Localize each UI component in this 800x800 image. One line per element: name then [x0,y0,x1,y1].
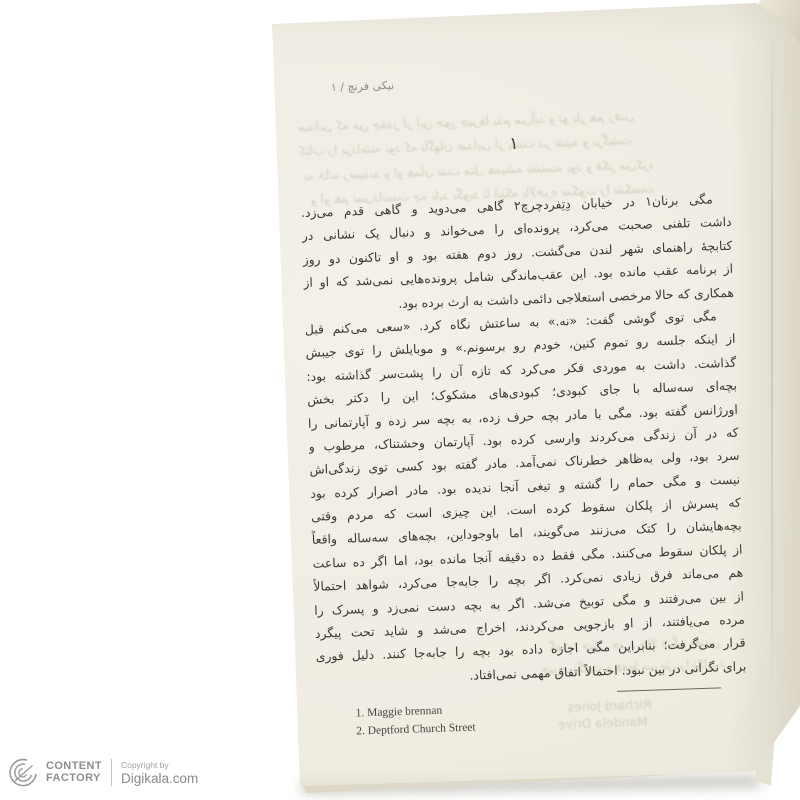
brand-line-2: FACTORY [46,773,102,785]
footnotes: 1. Maggie brennan2. Deptford Church Stre… [355,702,476,741]
footnote-item: 2. Deptford Church Street [356,719,476,740]
brand-line-1: CONTENT [46,761,102,773]
copyright-block: Copyright by Digikala.com [121,760,198,786]
running-head: نیکی فرنچ / ۱ [331,79,395,94]
product-photo: نیکی فرنچ / ۱ ۱ میدانی که من چقدر از این… [0,0,800,800]
content-factory-logo-icon [8,757,39,788]
copyright-label: Copyright by [121,760,198,770]
ghost-text-layer: میدانی که من چقدر از این جور چیزها بدم م… [296,51,726,65]
digikala-site: Digikala.com [121,771,198,786]
brand-name: CONTENT FACTORY [46,761,102,784]
watermark-divider [111,759,112,786]
watermark: CONTENT FACTORY Copyright by Digikala.co… [8,757,198,788]
body-text: مگی برنان۱ در خیابان دِتِفردچرچ۲ گاهی می… [301,187,747,692]
page-content: نیکی فرنچ / ۱ ۱ میدانی که من چقدر از این… [296,51,749,777]
footnote-divider [617,687,721,691]
book-page: نیکی فرنچ / ۱ ۱ میدانی که من چقدر از این… [0,0,800,800]
ghost-text-line: Mandela Drive [558,710,719,735]
gutter-crease [771,16,773,706]
